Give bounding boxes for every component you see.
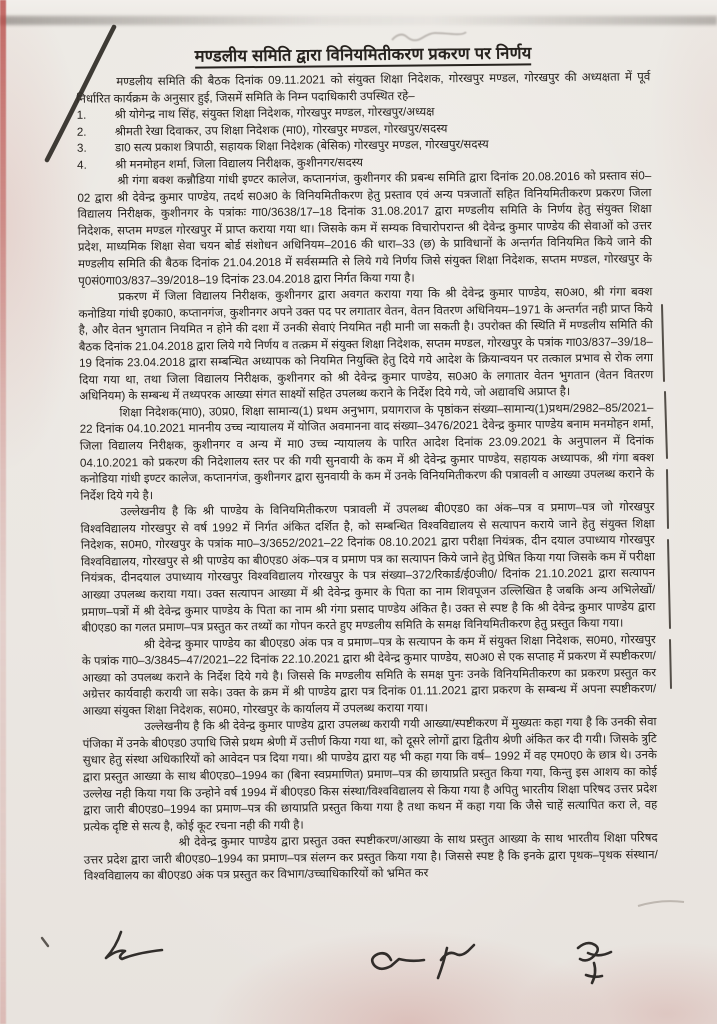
member-number: 3. [77, 141, 115, 158]
faint-dash-icon [638, 901, 684, 906]
paragraph-conclusion: श्री देवेन्द्र कुमार पाण्डेय द्वारा प्रस… [84, 830, 658, 885]
member-number: 2. [77, 124, 115, 141]
member-number: 4. [77, 157, 115, 174]
document-content: मण्डलीय समिति द्वारा विनियमितीकरण प्रकरण… [76, 39, 658, 885]
signature-right-icon [578, 943, 611, 983]
page-title: मण्डलीय समिति द्वारा विनियमितीकरण प्रकरण… [76, 39, 650, 68]
page-title-text: मण्डलीय समिति द्वारा विनियमितीकरण प्रकरण… [195, 44, 532, 68]
scanned-page: मण्डलीय समिति द्वारा विनियमितीकरण प्रकरण… [0, 0, 717, 1024]
paragraph-clarification-request: श्री देवेन्द्र कुमार पाण्डेय का बी0एड0 अ… [82, 632, 657, 720]
member-number: 1. [77, 108, 115, 125]
paragraph-bed-verification: उल्लेखनीय है कि श्री पाण्डेय के विनियमित… [80, 499, 655, 637]
paragraph-pandey-explanation: उल्लेखनीय है कि श्री देवेन्द्र कुमार पाण… [82, 715, 657, 836]
paragraph-case-receipt: श्री गंगा बक्श कन्नौडिया गांधी इण्टर काल… [77, 169, 652, 290]
scan-top-edge [0, 0, 717, 15]
stray-ink-dot-icon [42, 938, 48, 946]
signature-left-icon [106, 932, 162, 959]
fold-line-icon [662, 305, 671, 688]
signature-center-stroke-icon [438, 945, 474, 978]
handwriting-smudge-icon [392, 32, 466, 40]
signature-center-loop-icon [372, 953, 424, 969]
paragraph-salary-report: प्रकरण में जिला विद्यालय निरीक्षक, कुशीन… [78, 284, 653, 405]
scan-left-edge-stain [0, 0, 6, 1024]
intro-paragraph: मण्डलीय समिति की बैठक दिनांक 09.11.2021 … [76, 69, 650, 108]
paragraph-court-order: शिक्षा निदेशक(मा0), उ0प्र0, शिक्षा सामान… [79, 400, 654, 505]
scan-top-shadow-band [0, 16, 717, 25]
